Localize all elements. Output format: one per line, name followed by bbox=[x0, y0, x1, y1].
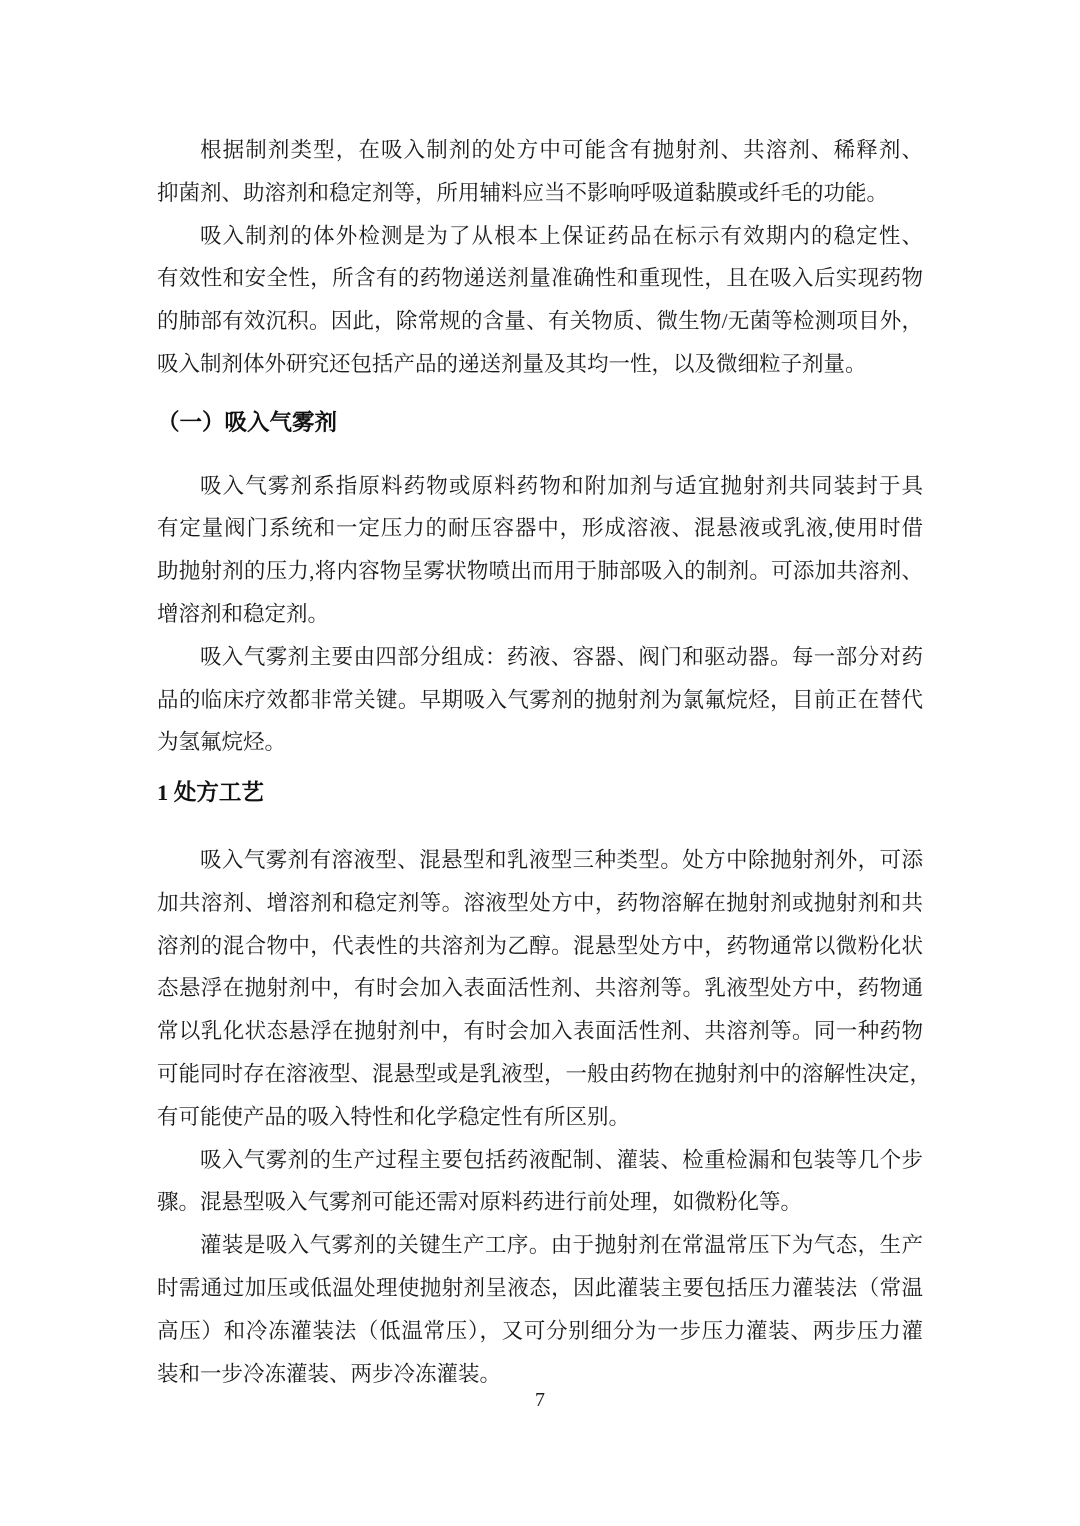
paragraph: 吸入气雾剂主要由四部分组成：药液、容器、阀门和驱动器。每一部分对药品的临床疗效都… bbox=[157, 636, 923, 764]
paragraph: 吸入气雾剂系指原料药物或原料药物和附加剂与适宜抛射剂共同装封于具有定量阀门系统和… bbox=[157, 465, 923, 636]
section-heading: （一）吸入气雾剂 bbox=[157, 402, 923, 445]
text-line: 吸入气雾剂的生产过程主要包括药液配制、灌装、检重检漏和包装等几个步 bbox=[157, 1139, 923, 1182]
text-line: 时需通过加压或低温处理使抛射剂呈液态，因此灌装主要包括压力灌装法（常温 bbox=[157, 1267, 923, 1310]
text-line: 常以乳化状态悬浮在抛射剂中，有时会加入表面活性剂、共溶剂等。同一种药物 bbox=[157, 1010, 923, 1053]
text-line: 抑菌剂、助溶剂和稳定剂等，所用辅料应当不影响呼吸道黏膜或纤毛的功能。 bbox=[157, 172, 923, 215]
text-line: 有效性和安全性，所含有的药物递送剂量准确性和重现性，且在吸入后实现药物 bbox=[157, 257, 923, 300]
text-line: 吸入气雾剂有溶液型、混悬型和乳液型三种类型。处方中除抛射剂外，可添 bbox=[157, 839, 923, 882]
text-line: 为氢氟烷烃。 bbox=[157, 721, 923, 764]
text-line: 吸入制剂的体外检测是为了从根本上保证药品在标示有效期内的稳定性、 bbox=[157, 215, 923, 258]
text-line: 吸入气雾剂系指原料药物或原料药物和附加剂与适宜抛射剂共同装封于具 bbox=[157, 465, 923, 508]
paragraph: 吸入气雾剂有溶液型、混悬型和乳液型三种类型。处方中除抛射剂外，可添加共溶剂、增溶… bbox=[157, 839, 923, 1139]
text-line: 吸入气雾剂主要由四部分组成：药液、容器、阀门和驱动器。每一部分对药 bbox=[157, 636, 923, 679]
text-line: 溶剂的混合物中，代表性的共溶剂为乙醇。混悬型处方中，药物通常以微粉化状 bbox=[157, 925, 923, 968]
section-heading: 1 处方工艺 bbox=[157, 772, 923, 815]
document-page: 根据制剂类型，在吸入制剂的处方中可能含有抛射剂、共溶剂、稀释剂、抑菌剂、助溶剂和… bbox=[0, 0, 1080, 1526]
paragraph: 吸入制剂的体外检测是为了从根本上保证药品在标示有效期内的稳定性、有效性和安全性，… bbox=[157, 215, 923, 386]
text-line: 根据制剂类型，在吸入制剂的处方中可能含有抛射剂、共溶剂、稀释剂、 bbox=[157, 129, 923, 172]
document-body: 根据制剂类型，在吸入制剂的处方中可能含有抛射剂、共溶剂、稀释剂、抑菌剂、助溶剂和… bbox=[157, 129, 923, 1395]
text-line: 的肺部有效沉积。因此，除常规的含量、有关物质、微生物/无菌等检测项目外， bbox=[157, 300, 923, 343]
paragraph: 根据制剂类型，在吸入制剂的处方中可能含有抛射剂、共溶剂、稀释剂、抑菌剂、助溶剂和… bbox=[157, 129, 923, 215]
text-line: 态悬浮在抛射剂中，有时会加入表面活性剂、共溶剂等。乳液型处方中，药物通 bbox=[157, 967, 923, 1010]
text-line: 高压）和冷冻灌装法（低温常压），又可分别细分为一步压力灌装、两步压力灌 bbox=[157, 1310, 923, 1353]
text-line: 品的临床疗效都非常关键。早期吸入气雾剂的抛射剂为氯氟烷烃，目前正在替代 bbox=[157, 679, 923, 722]
text-line: 可能同时存在溶液型、混悬型或是乳液型，一般由药物在抛射剂中的溶解性决定， bbox=[157, 1053, 923, 1096]
text-line: 加共溶剂、增溶剂和稳定剂等。溶液型处方中，药物溶解在抛射剂或抛射剂和共 bbox=[157, 882, 923, 925]
text-line: 吸入制剂体外研究还包括产品的递送剂量及其均一性，以及微细粒子剂量。 bbox=[157, 343, 923, 386]
paragraph: 吸入气雾剂的生产过程主要包括药液配制、灌装、检重检漏和包装等几个步骤。混悬型吸入… bbox=[157, 1139, 923, 1225]
text-line: 骤。混悬型吸入气雾剂可能还需对原料药进行前处理，如微粉化等。 bbox=[157, 1181, 923, 1224]
text-line: 助抛射剂的压力,将内容物呈雾状物喷出而用于肺部吸入的制剂。可添加共溶剂、 bbox=[157, 550, 923, 593]
paragraph: 灌装是吸入气雾剂的关键生产工序。由于抛射剂在常温常压下为气态，生产时需通过加压或… bbox=[157, 1224, 923, 1395]
page-number: 7 bbox=[0, 1388, 1080, 1412]
text-line: 有定量阀门系统和一定压力的耐压容器中，形成溶液、混悬液或乳液,使用时借 bbox=[157, 507, 923, 550]
text-line: 有可能使产品的吸入特性和化学稳定性有所区别。 bbox=[157, 1096, 923, 1139]
text-line: 增溶剂和稳定剂。 bbox=[157, 593, 923, 636]
text-line: 灌装是吸入气雾剂的关键生产工序。由于抛射剂在常温常压下为气态，生产 bbox=[157, 1224, 923, 1267]
